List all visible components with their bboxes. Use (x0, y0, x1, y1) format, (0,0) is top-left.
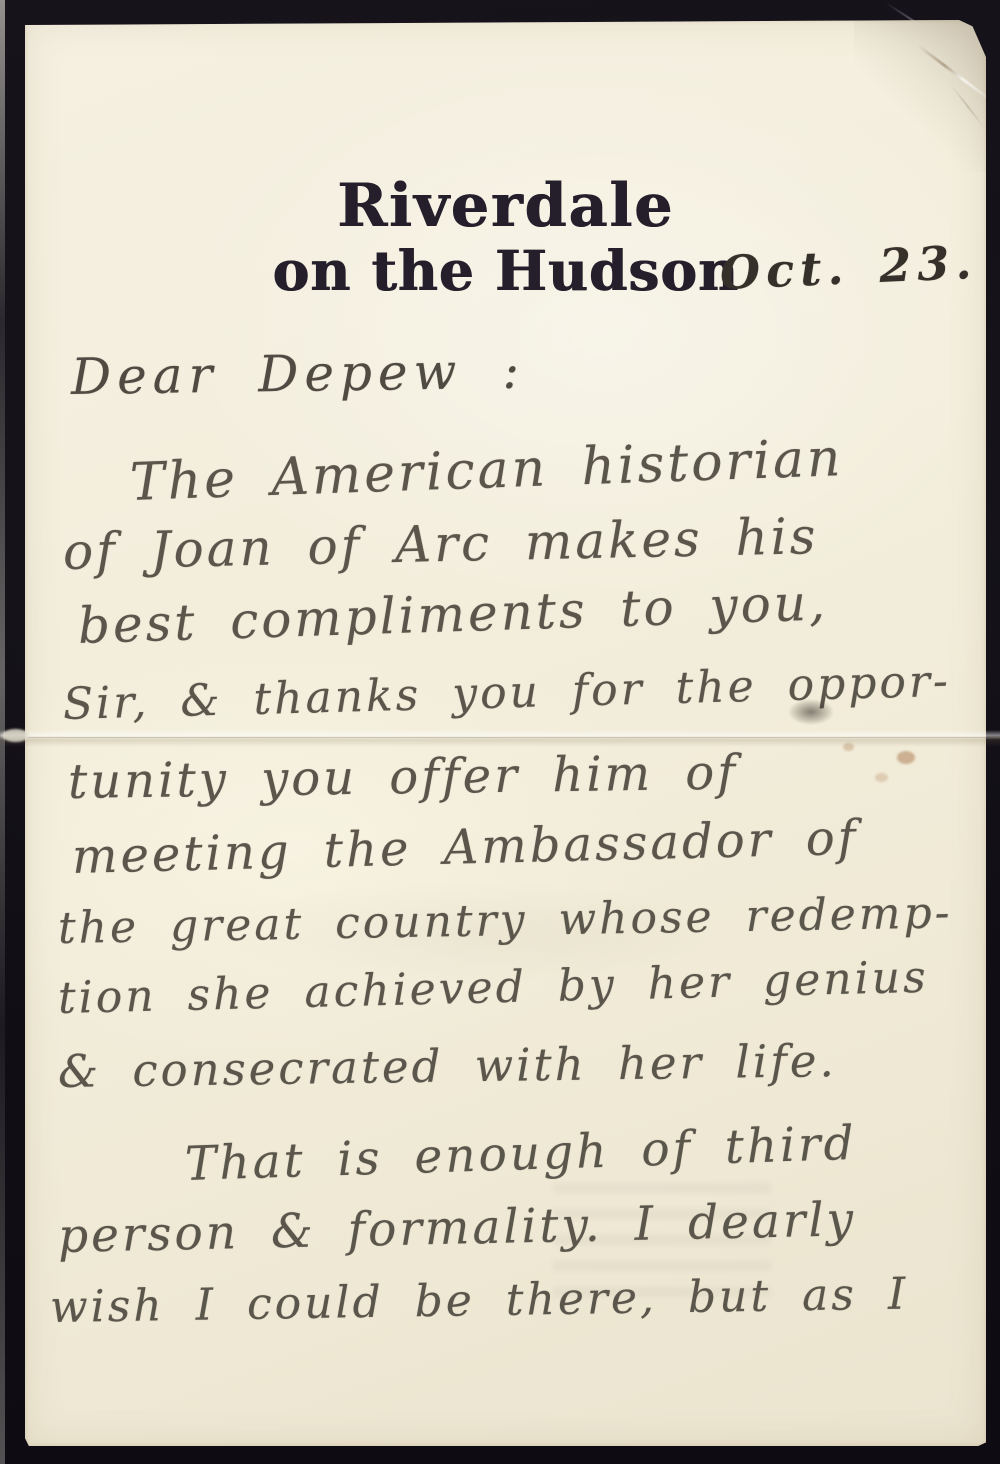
fold-edge-nick (2, 729, 29, 742)
handwriting-line: tion she achieved by her genius (57, 956, 929, 1021)
letter-page: Riverdale on the Hudson Oct. 23. Dear De… (25, 20, 986, 1446)
handwritten-date: Oct. 23. (719, 239, 978, 296)
salutation: Dear Depew : (71, 346, 526, 402)
handwriting-line: the great country whose redemp- (58, 891, 953, 951)
foxing-stain (843, 743, 854, 751)
foxing-stain (897, 751, 915, 764)
handwriting-line: wish I could be there, but as I (50, 1273, 909, 1330)
handwriting-line: best compliments to you, (77, 577, 828, 651)
photo-mount-background: Riverdale on the Hudson Oct. 23. Dear De… (0, 0, 1000, 1464)
ink-blot (788, 699, 834, 725)
letterhead-line1: Riverdale (25, 176, 986, 237)
corner-fold-shading (854, 20, 986, 172)
handwriting-line: of Joan of Arc makes his (62, 511, 818, 577)
handwriting-line: meeting the Ambassador of (71, 814, 859, 881)
handwriting-line: & consecrated with her life. (58, 1038, 837, 1094)
handwriting-line: tunity you offer him of (68, 749, 739, 806)
ink-offset-smudge (553, 1183, 771, 1301)
handwriting-line: The American historian (129, 432, 844, 509)
foxing-stain (875, 773, 888, 782)
handwriting-line: That is enough of third (184, 1120, 857, 1188)
